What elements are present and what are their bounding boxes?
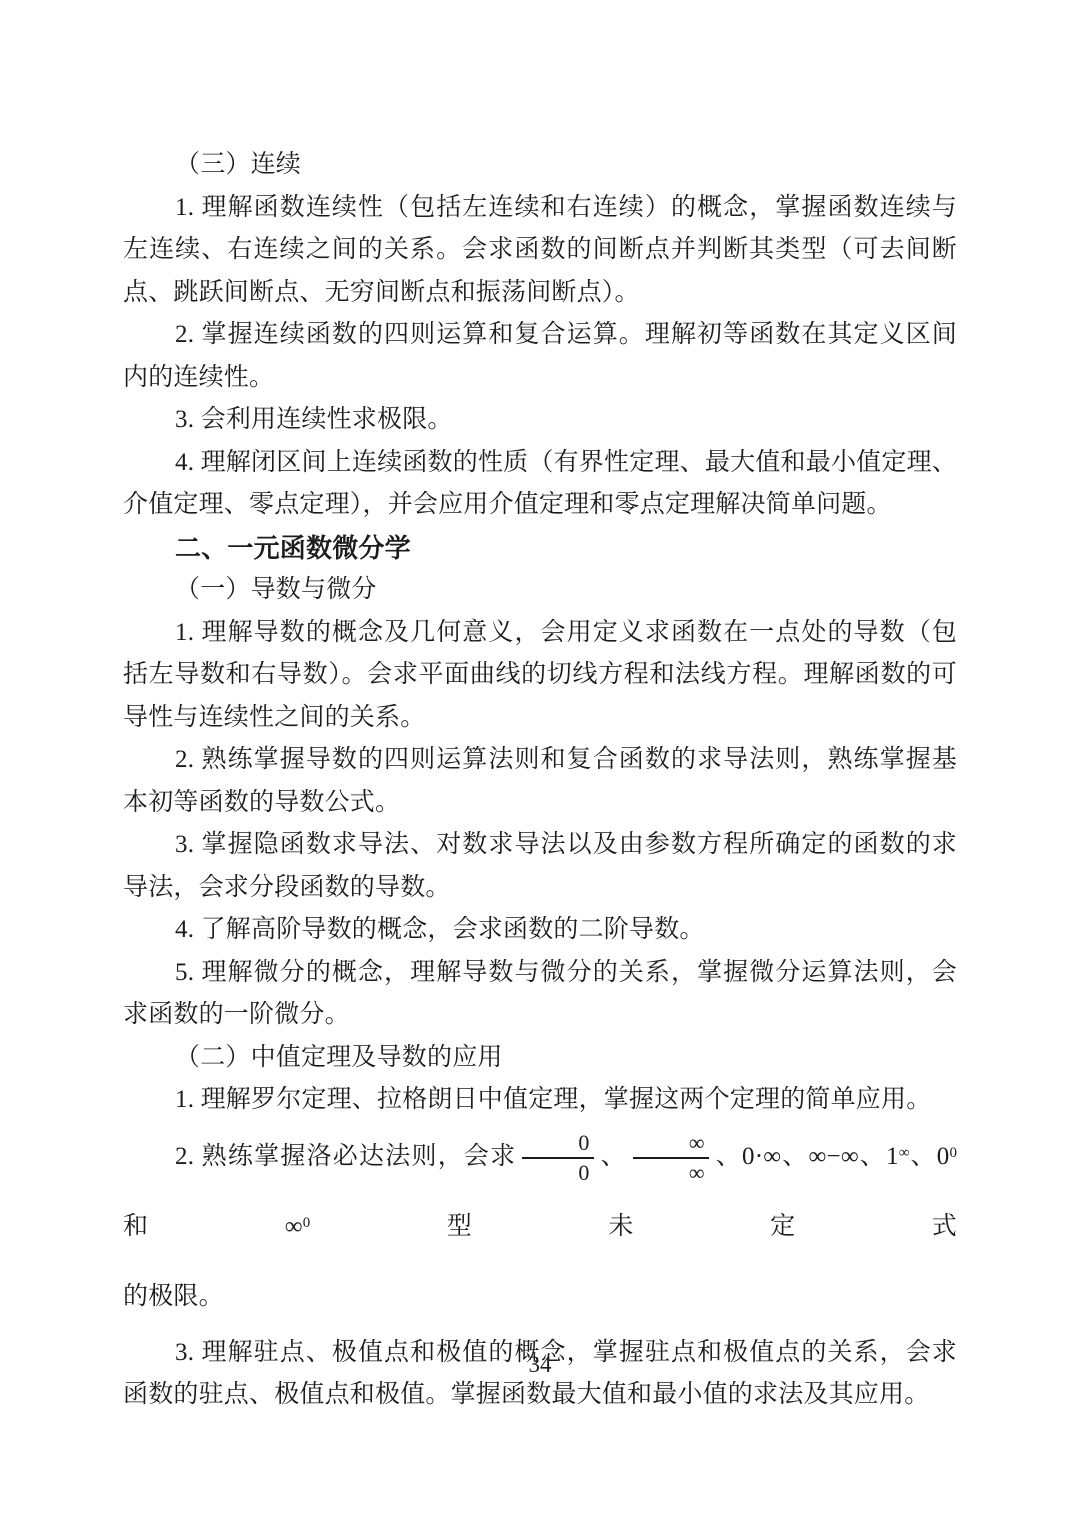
- text-line: 求函数的一阶微分。: [123, 994, 957, 1037]
- page-number: 34: [0, 1350, 1080, 1380]
- section-subheading: （三）连续: [123, 144, 957, 187]
- document-content: （三）连续1. 理解函数连续性（包括左连续和右连续）的概念，掌握函数连续与左连续…: [123, 144, 957, 1417]
- text-line: 4. 理解闭区间上连续函数的性质（有界性定理、最大值和最小值定理、: [123, 442, 957, 485]
- text-line: 4. 了解高阶导数的概念，会求函数的二阶导数。: [123, 909, 957, 952]
- text-line: 内的连续性。: [123, 357, 957, 400]
- fraction: ∞∞: [633, 1132, 709, 1184]
- text-line: 1. 理解导数的概念及几何意义，会用定义求函数在一点处的导数（包: [123, 612, 957, 655]
- text-line: 左连续、右连续之间的关系。会求函数的间断点并判断其类型（可去间断: [123, 229, 957, 272]
- formula-text: 型未定式: [310, 1213, 957, 1240]
- chapter-heading: 二、一元函数微分学: [123, 527, 957, 570]
- fraction-numerator: ∞: [633, 1132, 709, 1159]
- text-line: 2. 掌握连续函数的四则运算和复合运算。理解初等函数在其定义区间: [123, 314, 957, 357]
- text-line: 1. 理解罗尔定理、拉格朗日中值定理，掌握这两个定理的简单应用。: [123, 1079, 957, 1122]
- fraction-numerator: 0: [522, 1132, 593, 1159]
- section-subheading: （一）导数与微分: [123, 569, 957, 612]
- fraction-denominator: ∞: [633, 1159, 709, 1184]
- superscript: 0: [950, 1145, 958, 1161]
- text-line: 导法，会求分段函数的导数。: [123, 867, 957, 910]
- formula-text: 、0·∞、∞−∞、1: [715, 1143, 899, 1170]
- formula-text: 、0: [910, 1143, 950, 1170]
- formula-text: 、: [600, 1143, 627, 1170]
- text-line: 的极限。: [123, 1262, 957, 1332]
- text-line: 本初等函数的导数公式。: [123, 782, 957, 825]
- fraction: 00: [522, 1132, 593, 1184]
- text-line: 2. 熟练掌握导数的四则运算法则和复合函数的求导法则，熟练掌握基: [123, 739, 957, 782]
- section-subheading: （二）中值定理及导数的应用: [123, 1037, 957, 1080]
- text-line: 介值定理、零点定理），并会应用介值定理和零点定理解决简单问题。: [123, 484, 957, 527]
- text-line: 括左导数和右导数）。会求平面曲线的切线方程和法线方程。理解函数的可: [123, 654, 957, 697]
- formula-line: 2. 熟练掌握洛必达法则，会求00、∞∞、0·∞、∞−∞、1∞、00和∞0型未定…: [123, 1122, 957, 1262]
- formula-text: 2. 熟练掌握洛必达法则，会求: [175, 1143, 516, 1170]
- text-line: 1. 理解函数连续性（包括左连续和右连续）的概念，掌握函数连续与: [123, 187, 957, 230]
- superscript: ∞: [899, 1145, 910, 1161]
- text-line: 点、跳跃间断点、无穷间断点和振荡间断点）。: [123, 272, 957, 315]
- text-line: 导性与连续性之间的关系。: [123, 697, 957, 740]
- fraction-denominator: 0: [522, 1159, 593, 1184]
- text-line: 5. 理解微分的概念，理解导数与微分的关系，掌握微分运算法则，会: [123, 952, 957, 995]
- text-line: 3. 会利用连续性求极限。: [123, 399, 957, 442]
- document-page: { "page": { "number": "34", "background"…: [0, 0, 1080, 1527]
- text-line: 函数的驻点、极值点和极值。掌握函数最大值和最小值的求法及其应用。: [123, 1374, 957, 1417]
- text-line: 3. 掌握隐函数求导法、对数求导法以及由参数方程所确定的函数的求: [123, 824, 957, 867]
- formula-text: 和∞: [123, 1213, 303, 1240]
